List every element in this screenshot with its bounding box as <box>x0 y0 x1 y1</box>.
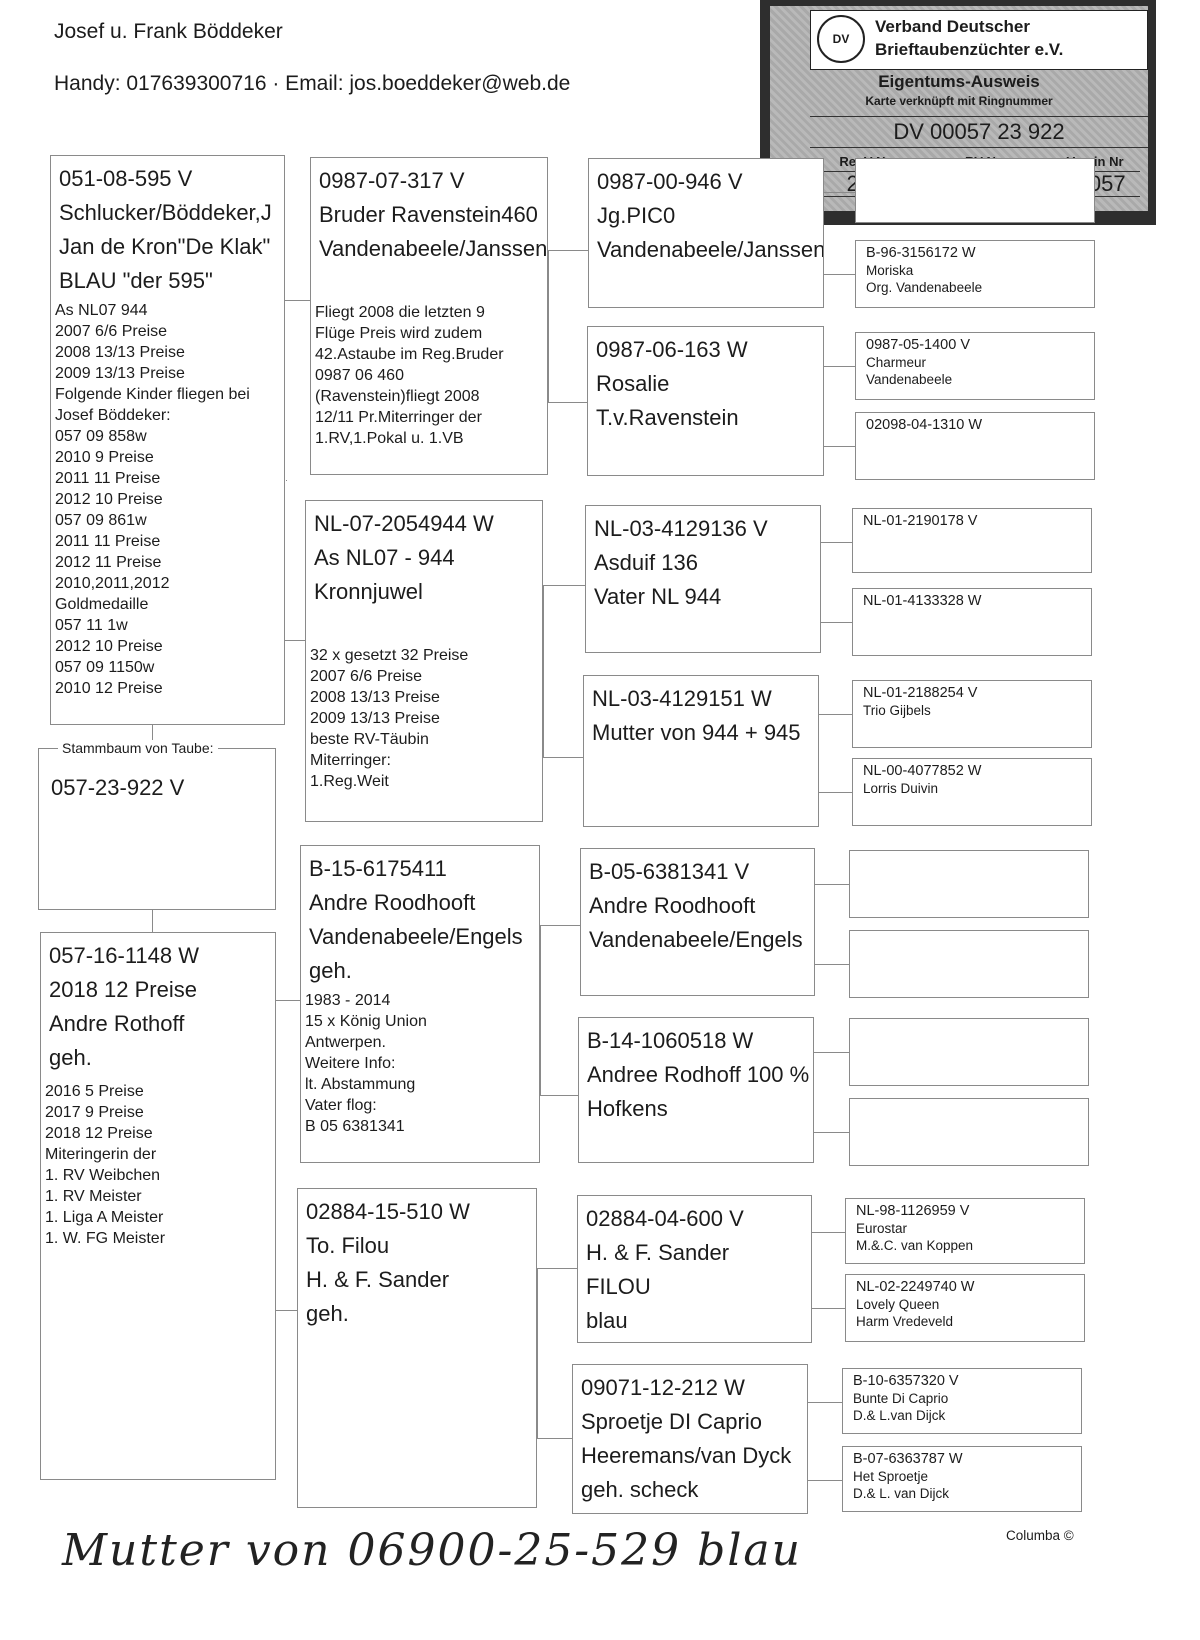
dam-box: 057-16-1148 W2018 12 PreiseAndre Rothoff… <box>40 932 276 1480</box>
ring-number: 09071-12-212 W <box>581 1371 807 1405</box>
connector-line <box>276 1000 300 1001</box>
pigeon-info-line: H. & F. Sander <box>306 1263 536 1297</box>
note-line: Folgende Kinder fliegen bei <box>55 384 250 405</box>
note-line: (Ravenstein)fliegt 2008 <box>315 386 504 407</box>
connector-line <box>824 446 855 447</box>
connector-line <box>824 192 855 193</box>
note-line: 2009 13/13 Preise <box>55 363 250 384</box>
ring-number: 02098-04-1310 W <box>866 417 1094 434</box>
ancestor-box: NL-98-1126959 VEurostarM.&.C. van Koppen <box>845 1198 1085 1264</box>
pigeon-info-line: Andre Rothoff <box>49 1007 275 1041</box>
connector-line <box>540 1095 578 1096</box>
ancestor-box: NL-02-2249740 WLovely QueenHarm Vredevel… <box>845 1274 1085 1342</box>
dv-logo-icon: DV <box>817 15 865 63</box>
note-line: 2018 12 Preise <box>45 1123 165 1144</box>
note-line: 1.Reg.Weit <box>310 771 468 792</box>
great-grandparent-box: 09071-12-212 WSproetje DI CaprioHeereman… <box>572 1364 808 1514</box>
note-line: Antwerpen. <box>305 1032 427 1053</box>
pigeon-info-line: To. Filou <box>306 1229 536 1263</box>
connector-line <box>276 1310 297 1311</box>
pigeon-info-line: Trio Gijbels <box>863 702 1091 719</box>
note-line: 2011 11 Preise <box>55 531 250 552</box>
note-line: 057 09 1150w <box>55 657 250 678</box>
note-line: beste RV-Täubin <box>310 729 468 750</box>
pigeon-info-line: Moriska <box>866 262 1094 279</box>
connector-line <box>821 542 852 543</box>
note-line: 2008 13/13 Preise <box>310 687 468 708</box>
owner-name: Josef u. Frank Böddeker <box>54 20 283 44</box>
ring-number: NL-00-4077852 W <box>863 763 1091 780</box>
pigeon-info-line: geh. <box>309 954 539 988</box>
connector-line <box>537 1268 577 1269</box>
pigeon-info-line: M.&.C. van Koppen <box>856 1237 1084 1254</box>
pigeon-info-line: As NL07 - 944 <box>314 541 542 575</box>
ancestor-box: B-10-6357320 VBunte Di CaprioD.& L.van D… <box>842 1368 1082 1434</box>
connector-line <box>821 622 852 623</box>
pigeon-info-line: Vandenabeele/Janssen <box>319 232 547 266</box>
note-line: 1. RV Weibchen <box>45 1165 165 1186</box>
ancestor-box <box>849 1018 1089 1086</box>
pigeon-info-line: Rosalie <box>596 367 823 401</box>
great-grandparent-box: 02884-04-600 VH. & F. SanderFILOUblau <box>577 1195 812 1343</box>
ring-number: 0987-06-163 W <box>596 333 823 367</box>
pigeon-info-line: Harm Vredeveld <box>856 1313 1084 1330</box>
connector-line <box>815 964 849 965</box>
pigeon-info-line: Bruder Ravenstein460 <box>319 198 547 232</box>
ring-number: NL-01-4133328 W <box>863 593 1091 610</box>
note-line: 2016 5 Preise <box>45 1081 165 1102</box>
ring-number: NL-02-2249740 W <box>856 1279 1084 1296</box>
note-line: 057 09 858w <box>55 426 250 447</box>
ring-number: NL-01-2190178 V <box>863 513 1091 530</box>
pigeon-info-line: Hofkens <box>587 1092 813 1126</box>
card-header: DV Verband Deutscher Brieftaubenzüchter … <box>810 10 1148 70</box>
note-line: Fliegt 2008 die letzten 9 <box>315 302 504 323</box>
ancestor-box <box>849 850 1089 918</box>
note-line: 1. W. FG Meister <box>45 1228 165 1249</box>
note-line: 2012 11 Preise <box>55 552 250 573</box>
note-line: 32 x gesetzt 32 Preise <box>310 645 468 666</box>
note-line: Weitere Info: <box>305 1053 427 1074</box>
pigeon-info-line: Mutter von 944 + 945 <box>592 716 818 750</box>
connector-line <box>286 480 287 481</box>
connector-line <box>543 585 544 757</box>
owner-contact: Handy: 017639300716 · Email: jos.boeddek… <box>54 72 570 96</box>
pigeon-info-line: BLAU "der 595" <box>59 264 284 298</box>
great-grandparent-box: 0987-00-946 VJg.PIC0Vandenabeele/Janssen <box>588 158 824 308</box>
ring-number: 0987-05-1400 V <box>866 337 1094 354</box>
note-line: 2012 10 Preise <box>55 636 250 657</box>
note-line: 42.Astaube im Reg.Bruder <box>315 344 504 365</box>
ancestor-box <box>849 1098 1089 1166</box>
pigeon-info-line: Kronnjuwel <box>314 575 542 609</box>
pigeon-info-line: Heeremans/van Dyck <box>581 1439 807 1473</box>
note-line: Josef Böddeker: <box>55 405 250 426</box>
pigeon-info-line: D.& L.van Dijck <box>853 1407 1081 1424</box>
pigeon-info-line: Vandenabeele <box>866 371 1094 388</box>
ancestor-box: NL-01-2190178 V <box>852 508 1092 573</box>
ring-number: NL-01-2188254 V <box>863 685 1091 702</box>
note-line: Miterringer: <box>310 750 468 771</box>
note-line: 2012 10 Preise <box>55 489 250 510</box>
pigeon-info-line: geh. <box>49 1041 275 1075</box>
pigeon-info-line: Charmeur <box>866 354 1094 371</box>
ring-number: 02884-15-510 W <box>306 1195 536 1229</box>
pigeon-notes: 32 x gesetzt 32 Preise2007 6/6 Preise200… <box>310 645 468 792</box>
pigeon-info-line: Het Sproetje <box>853 1468 1081 1485</box>
note-line: 12/11 Pr.Miterringer der <box>315 407 504 428</box>
ancestor-box: NL-01-2188254 VTrio Gijbels <box>852 680 1092 748</box>
pigeon-notes: 2016 5 Preise2017 9 Preise2018 12 Preise… <box>45 1081 165 1249</box>
connector-line <box>285 300 310 301</box>
great-grandparent-box: NL-03-4129136 VAsduif 136Vater NL 944 <box>585 505 821 653</box>
ring-number: 0987-07-317 V <box>319 164 547 198</box>
card-ring-number: DV 00057 23 922 <box>810 116 1148 148</box>
connector-line <box>819 714 852 715</box>
note-line: 2017 9 Preise <box>45 1102 165 1123</box>
great-grandparent-box: B-05-6381341 VAndre RoodhooftVandenabeel… <box>580 848 815 996</box>
pigeon-info-line: Andre Roodhooft <box>589 889 814 923</box>
pigeon-info-line: Lovely Queen <box>856 1296 1084 1313</box>
ancestor-box <box>849 930 1089 998</box>
note-line: 0987 06 460 <box>315 365 504 386</box>
pigeon-info-line: Schlucker/Böddeker,J <box>59 196 284 230</box>
connector-line <box>548 250 588 251</box>
note-line: 2011 11 Preise <box>55 468 250 489</box>
connector-line <box>808 1480 842 1481</box>
great-grandparent-box: 0987-06-163 WRosalieT.v.Ravenstein <box>587 326 824 476</box>
connector-line <box>824 366 855 367</box>
ancestor-box: NL-00-4077852 WLorris Duivin <box>852 758 1092 826</box>
grandparent-box: NL-07-2054944 WAs NL07 - 944Kronnjuwel32… <box>305 500 543 822</box>
pigeon-info-line: Vater NL 944 <box>594 580 820 614</box>
connector-line <box>285 640 305 641</box>
connector-line <box>548 402 587 403</box>
note-line: 057 09 861w <box>55 510 250 531</box>
great-grandparent-box: NL-03-4129151 WMutter von 944 + 945 <box>583 675 819 827</box>
subject-ring: 057-23-922 V <box>51 771 275 805</box>
pigeon-info-line: Org. Vandenabeele <box>866 279 1094 296</box>
connector-line <box>815 884 849 885</box>
connector-line <box>814 1052 849 1053</box>
connector-line <box>819 792 852 793</box>
note-line: 2008 13/13 Preise <box>55 342 250 363</box>
pigeon-info-line: Vandenabeele/Janssen <box>597 233 823 267</box>
note-line: 1.RV,1.Pokal u. 1.VB <box>315 428 504 449</box>
pigeon-info-line: geh. scheck <box>581 1473 807 1507</box>
pigeon-notes: As NL07 9442007 6/6 Preise2008 13/13 Pre… <box>55 300 250 699</box>
grandparent-box: 0987-07-317 VBruder Ravenstein460Vandena… <box>310 157 548 475</box>
pigeon-info-line: D.& L. van Dijck <box>853 1485 1081 1502</box>
ring-number: NL-03-4129151 W <box>592 682 818 716</box>
note-line: Goldmedaille <box>55 594 250 615</box>
connector-line <box>152 910 153 932</box>
note-line: Flüge Preis wird zudem <box>315 323 504 344</box>
card-org-line2: Brieftaubenzüchter e.V. <box>875 40 1063 60</box>
note-line: 2010 12 Preise <box>55 678 250 699</box>
connector-line <box>824 274 855 275</box>
ring-number: B-14-1060518 W <box>587 1024 813 1058</box>
ancestor-box: NL-01-4133328 W <box>852 588 1092 656</box>
ring-number: NL-98-1126959 V <box>856 1203 1084 1220</box>
pigeon-info-line: FILOU <box>586 1270 811 1304</box>
ring-number: B-96-3156172 W <box>866 245 1094 262</box>
pigeon-notes: 1983 - 201415 x König UnionAntwerpen.Wei… <box>305 990 427 1137</box>
ring-number: 057-16-1148 W <box>49 939 275 973</box>
pigeon-info-line: Jan de Kron"De Klak" <box>59 230 284 264</box>
pigeon-info-line: geh. <box>306 1297 536 1331</box>
sire-box: 051-08-595 VSchlucker/Böddeker,JJan de K… <box>50 155 285 725</box>
connector-line <box>543 585 585 586</box>
connector-line <box>540 925 541 1095</box>
note-line: 1983 - 2014 <box>305 990 427 1011</box>
note-line: 1. RV Meister <box>45 1186 165 1207</box>
connector-line <box>812 1308 845 1309</box>
note-line: Miteringerin der <box>45 1144 165 1165</box>
note-line: Vater flog: <box>305 1095 427 1116</box>
ring-number: 0987-00-946 V <box>597 165 823 199</box>
card-title: Eigentums-Ausweis <box>770 72 1148 92</box>
pigeon-info-line: Vandenabeele/Engels <box>589 923 814 957</box>
pigeon-info-line: 2018 12 Preise <box>49 973 275 1007</box>
ring-number: 051-08-595 V <box>59 162 284 196</box>
card-subtitle: Karte verknüpft mit Ringnummer <box>770 94 1148 108</box>
ancestor-box: B-96-3156172 WMoriskaOrg. Vandenabeele <box>855 240 1095 308</box>
footer-brand: Columba © <box>1006 1528 1074 1543</box>
note-line: 2010 9 Preise <box>55 447 250 468</box>
pigeon-info-line: Eurostar <box>856 1220 1084 1237</box>
pigeon-info-line: Lorris Duivin <box>863 780 1091 797</box>
connector-line <box>537 1268 538 1438</box>
pigeon-info-line: Asduif 136 <box>594 546 820 580</box>
pigeon-notes: Fliegt 2008 die letzten 9Flüge Preis wir… <box>315 302 504 449</box>
pigeon-info-line: Bunte Di Caprio <box>853 1390 1081 1407</box>
connector-line <box>540 925 580 926</box>
grandparent-box: B-15-6175411Andre RoodhooftVandenabeele/… <box>300 845 540 1163</box>
ring-number: B-05-6381341 V <box>589 855 814 889</box>
note-line: lt. Abstammung <box>305 1074 427 1095</box>
pigeon-info-line: Andree Rodhoff 100 % <box>587 1058 813 1092</box>
connector-line <box>814 1132 849 1133</box>
ancestor-box: B-07-6363787 WHet SproetjeD.& L. van Dij… <box>842 1446 1082 1512</box>
pigeon-info-line: H. & F. Sander <box>586 1236 811 1270</box>
note-line: 1. Liga A Meister <box>45 1207 165 1228</box>
note-line: 057 11 1w <box>55 615 250 636</box>
note-line: 2007 6/6 Preise <box>55 321 250 342</box>
ancestor-box: 0987-05-1400 VCharmeurVandenabeele <box>855 332 1095 400</box>
note-line: B 05 6381341 <box>305 1116 427 1137</box>
pigeon-info-line: Vandenabeele/Engels <box>309 920 539 954</box>
ring-number: NL-03-4129136 V <box>594 512 820 546</box>
note-line: As NL07 944 <box>55 300 250 321</box>
ring-number: 02884-04-600 V <box>586 1202 811 1236</box>
ancestor-box: 02098-04-1310 W <box>855 412 1095 480</box>
connector-line <box>548 250 549 402</box>
card-org-line1: Verband Deutscher <box>875 17 1030 37</box>
note-line: 2010,2011,2012 <box>55 573 250 594</box>
pigeon-info-line: blau <box>586 1304 811 1338</box>
connector-line <box>812 1232 845 1233</box>
ring-number: NL-07-2054944 W <box>314 507 542 541</box>
pigeon-info-line: Andre Roodhooft <box>309 886 539 920</box>
ring-number: B-15-6175411 <box>309 852 539 886</box>
ring-number: B-10-6357320 V <box>853 1373 1081 1390</box>
connector-line <box>543 757 583 758</box>
note-line: 2009 13/13 Preise <box>310 708 468 729</box>
ancestor-box <box>855 158 1095 223</box>
connector-line <box>537 1438 572 1439</box>
subject-box: 057-23-922 V <box>38 748 276 910</box>
subject-label: Stammbaum von Taube: <box>58 740 218 756</box>
note-line: 15 x König Union <box>305 1011 427 1032</box>
pigeon-info-line: Jg.PIC0 <box>597 199 823 233</box>
connector-line <box>808 1402 842 1403</box>
pigeon-info-line: T.v.Ravenstein <box>596 401 823 435</box>
ring-number: B-07-6363787 W <box>853 1451 1081 1468</box>
grandparent-box: 02884-15-510 WTo. FilouH. & F. Sandergeh… <box>297 1188 537 1508</box>
note-line: 2007 6/6 Preise <box>310 666 468 687</box>
pigeon-info-line: Sproetje DI Caprio <box>581 1405 807 1439</box>
handwritten-note: Mutter von 06900-25-529 blau <box>62 1525 802 1576</box>
great-grandparent-box: B-14-1060518 WAndree Rodhoff 100 %Hofken… <box>578 1017 814 1163</box>
